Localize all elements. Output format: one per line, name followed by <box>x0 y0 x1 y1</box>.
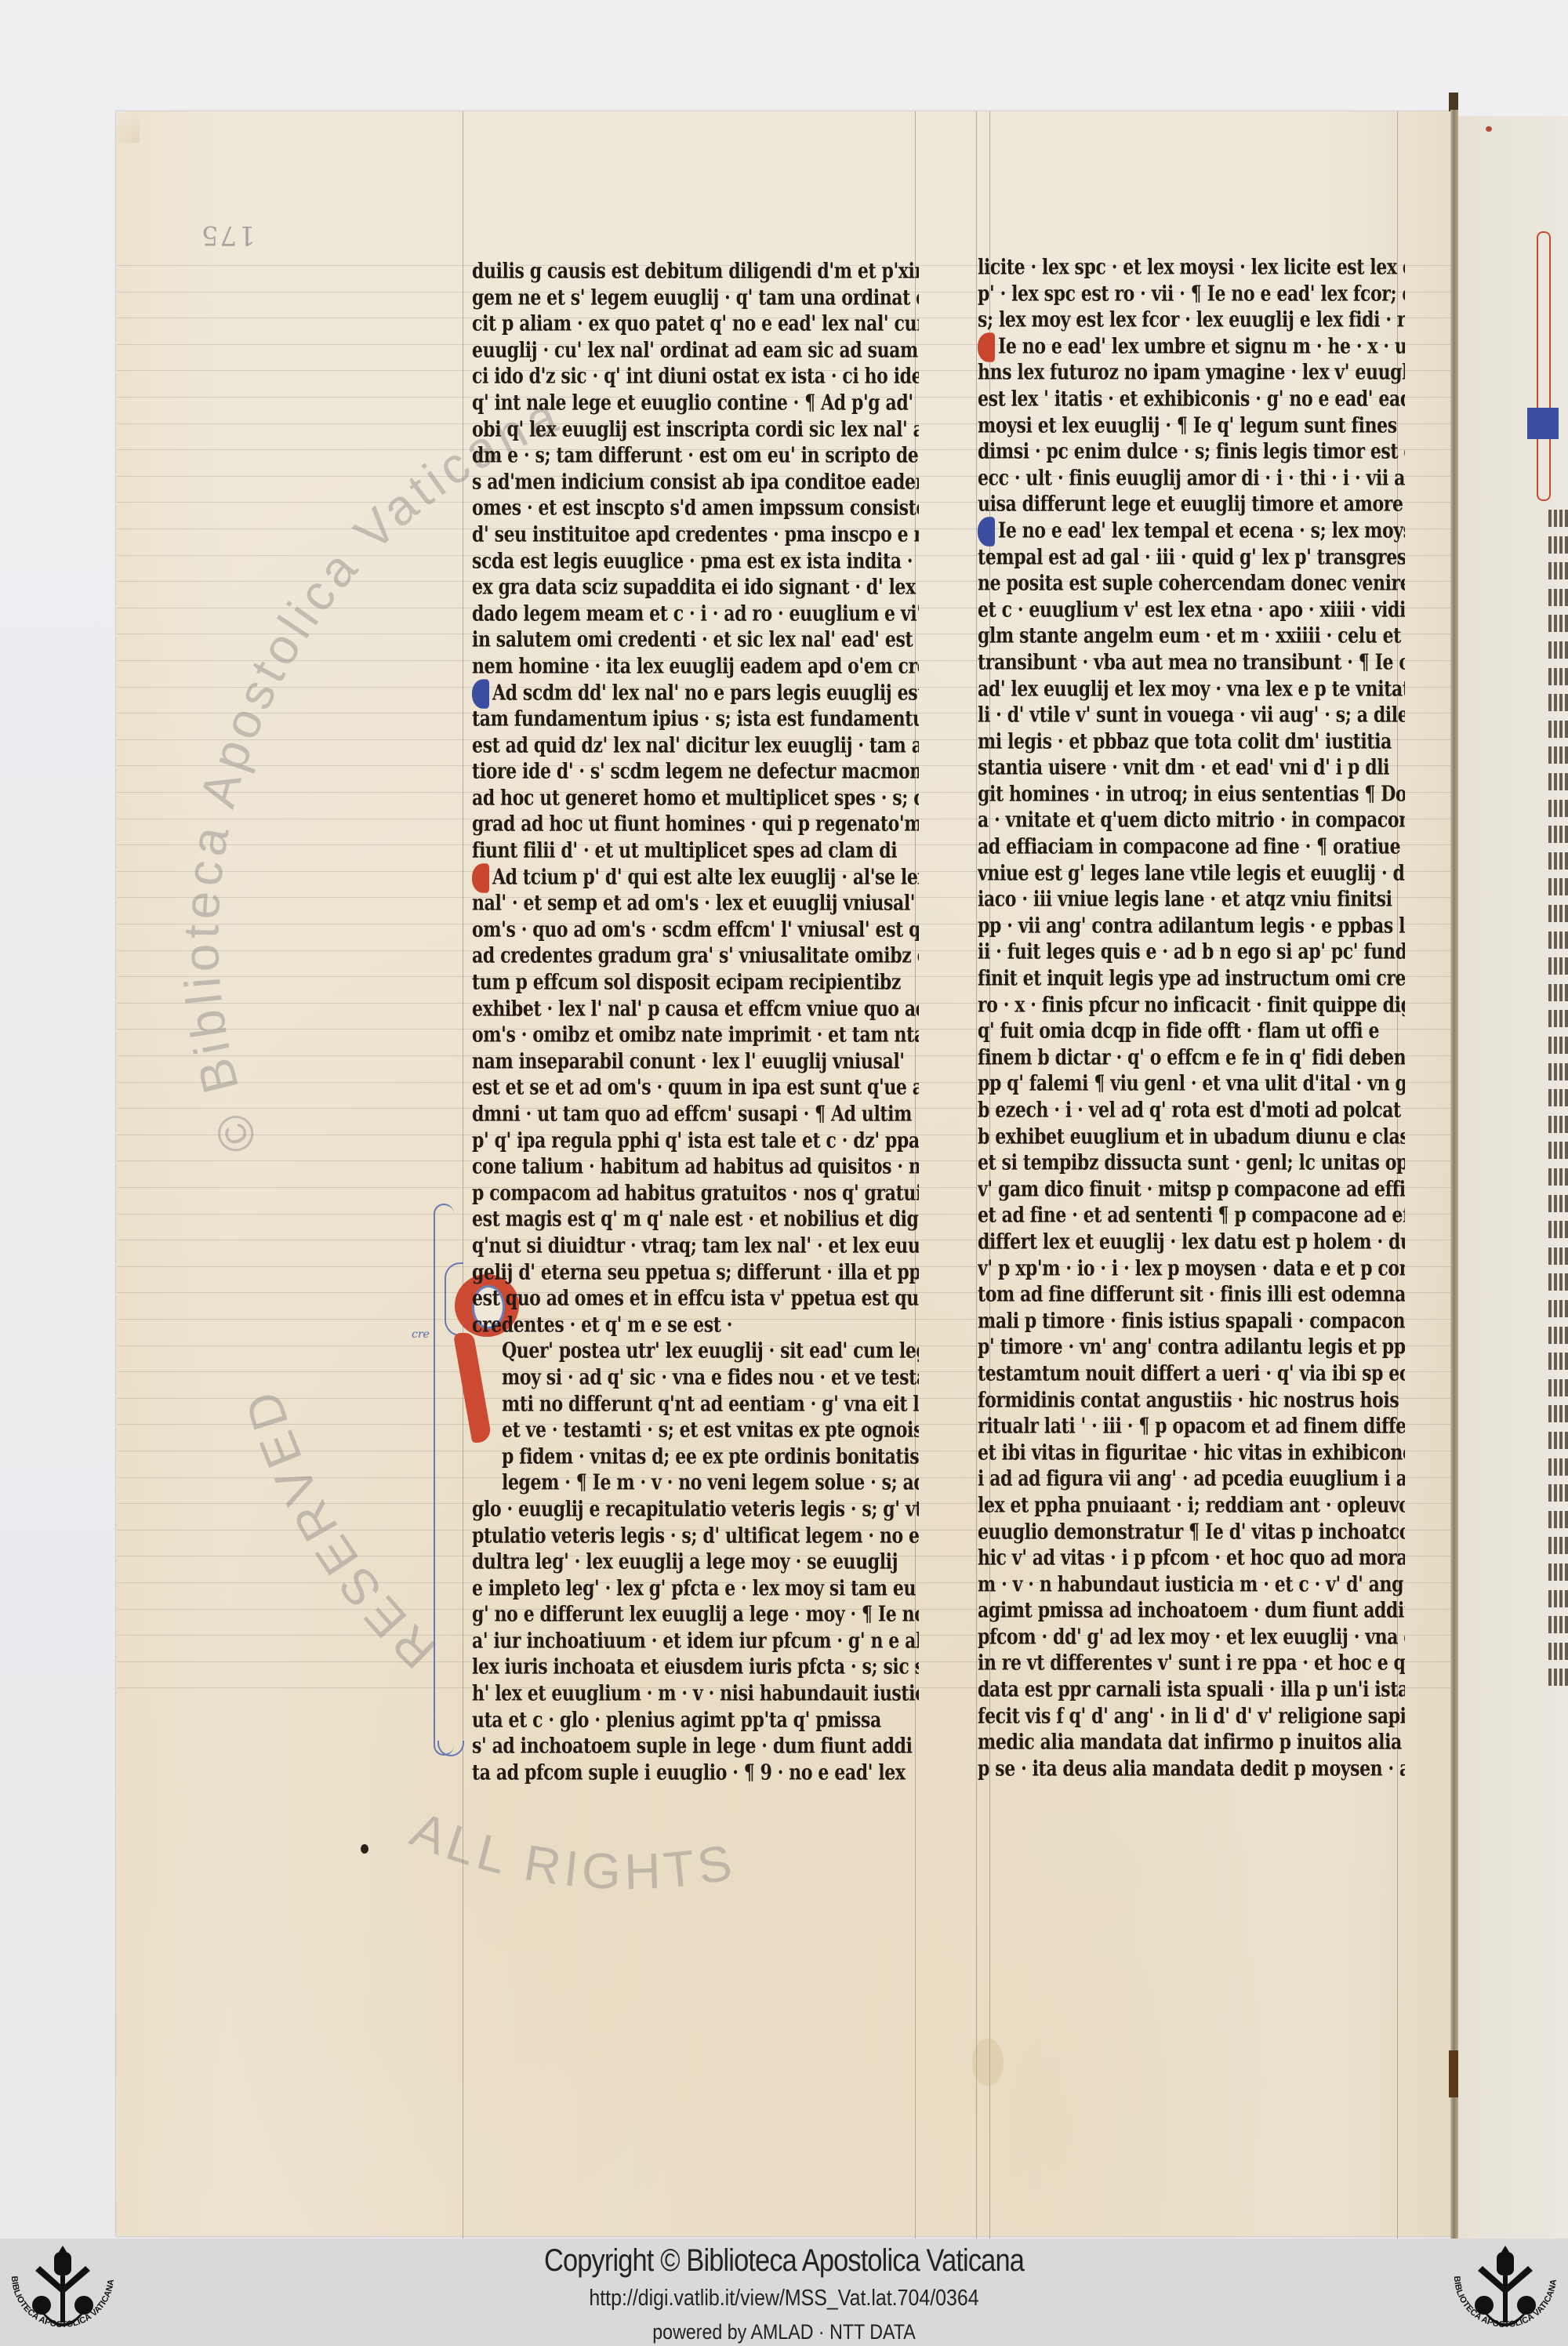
adjacent-text-fragment <box>1548 668 1568 685</box>
right-text-column: licite · lex spc · et lex moysi · lex li… <box>978 255 1405 1782</box>
adjacent-text-fragment <box>1548 1063 1568 1080</box>
adjacent-text-fragment <box>1548 773 1568 790</box>
adjacent-text-fragment <box>1548 1010 1568 1027</box>
adjacent-text-fragment <box>1548 721 1568 738</box>
adjacent-initial-i <box>1527 408 1559 439</box>
vertical-ruling <box>463 111 463 2244</box>
adjacent-text-fragment <box>1548 1616 1568 1633</box>
footer-bar: Copyright © Biblioteca Apostolica Vatica… <box>0 2239 1568 2346</box>
adjacent-text-fragment <box>1548 984 1568 1001</box>
gutter-fold <box>1450 110 1458 2242</box>
adjacent-text-fragment <box>1548 1590 1568 1607</box>
adjacent-text-fragment <box>1548 1432 1568 1449</box>
folio-number: 175 <box>200 220 256 251</box>
adjacent-text-fragment <box>1548 510 1568 527</box>
stain <box>972 2039 1004 2086</box>
manuscript-line: ta ad pfcom suple i euuglio · ¶ 9 · no e… <box>472 1757 919 1790</box>
adjacent-text-fragment <box>1548 1195 1568 1212</box>
adjacent-text-fragment <box>1548 957 1568 975</box>
binding-edge-bottom <box>1449 2050 1458 2097</box>
adjacent-text-fragment <box>1548 1089 1568 1106</box>
vatican-library-logo-right: BIBLIOTECA APOSTOLICA VATICANA <box>1446 2241 1564 2344</box>
adjacent-text-fragment <box>1548 1484 1568 1502</box>
adjacent-text-fragment <box>1548 562 1568 579</box>
adjacent-text-fragment <box>1548 1273 1568 1291</box>
adjacent-text-fragment <box>1548 1643 1568 1660</box>
adjacent-text-fragment <box>1548 931 1568 949</box>
adjacent-text-fragment <box>1548 1116 1568 1133</box>
folio-corner-stain <box>116 111 140 143</box>
vertical-ruling <box>976 111 977 2244</box>
powered-by-text: powered by AMLAD · NTT DATA <box>110 2320 1458 2344</box>
vatican-library-logo-left: BIBLIOTECA APOSTOLICA VATICANA <box>4 2241 122 2344</box>
adjacent-text-fragment <box>1548 1247 1568 1265</box>
adjacent-text-fragment <box>1548 905 1568 922</box>
manuscript-line: p se · ita deus alia mandata dedit p moy… <box>978 1753 1405 1786</box>
adjacent-page-ink-dot <box>1486 126 1492 132</box>
adjacent-text-fragment <box>1548 1037 1568 1054</box>
adjacent-text-fragment <box>1548 1327 1568 1344</box>
margin-annotation: cre <box>412 1328 430 1341</box>
ink-spot <box>361 1844 368 1854</box>
adjacent-text-fragment <box>1548 694 1568 711</box>
adjacent-text-fragment <box>1548 1142 1568 1159</box>
adjacent-text-fragment <box>1548 1511 1568 1528</box>
adjacent-text-fragment <box>1548 1168 1568 1186</box>
adjacent-text-fragment <box>1548 746 1568 764</box>
adjacent-text-fragment <box>1548 1353 1568 1370</box>
adjacent-text-fragment <box>1548 878 1568 895</box>
adjacent-text-fragment <box>1548 536 1568 554</box>
adjacent-initial-flourish <box>1537 231 1551 501</box>
adjacent-text-fragment <box>1548 589 1568 606</box>
adjacent-text-fragment <box>1548 826 1568 843</box>
adjacent-text-fragment <box>1548 615 1568 632</box>
permalink-url[interactable]: http://digi.vatlib.it/view/MSS_Vat.lat.7… <box>110 2286 1458 2311</box>
left-text-column: duilis g causis est debitum diligendi d'… <box>472 259 919 1786</box>
adjacent-text-fragment <box>1548 1537 1568 1554</box>
adjacent-text-fragment <box>1548 800 1568 817</box>
adjacent-text-fragment <box>1548 1458 1568 1476</box>
adjacent-text-fragment <box>1548 1221 1568 1238</box>
adjacent-text-fragment <box>1548 641 1568 659</box>
adjacent-text-fragment <box>1548 1563 1568 1581</box>
copyright-text: Copyright © Biblioteca Apostolica Vatica… <box>110 2243 1458 2279</box>
adjacent-text-fragment <box>1548 1405 1568 1422</box>
adjacent-text-fragment <box>1548 852 1568 870</box>
adjacent-text-fragment <box>1548 1379 1568 1396</box>
adjacent-text-fragment <box>1548 1669 1568 1686</box>
adjacent-text-fragment <box>1548 1300 1568 1317</box>
